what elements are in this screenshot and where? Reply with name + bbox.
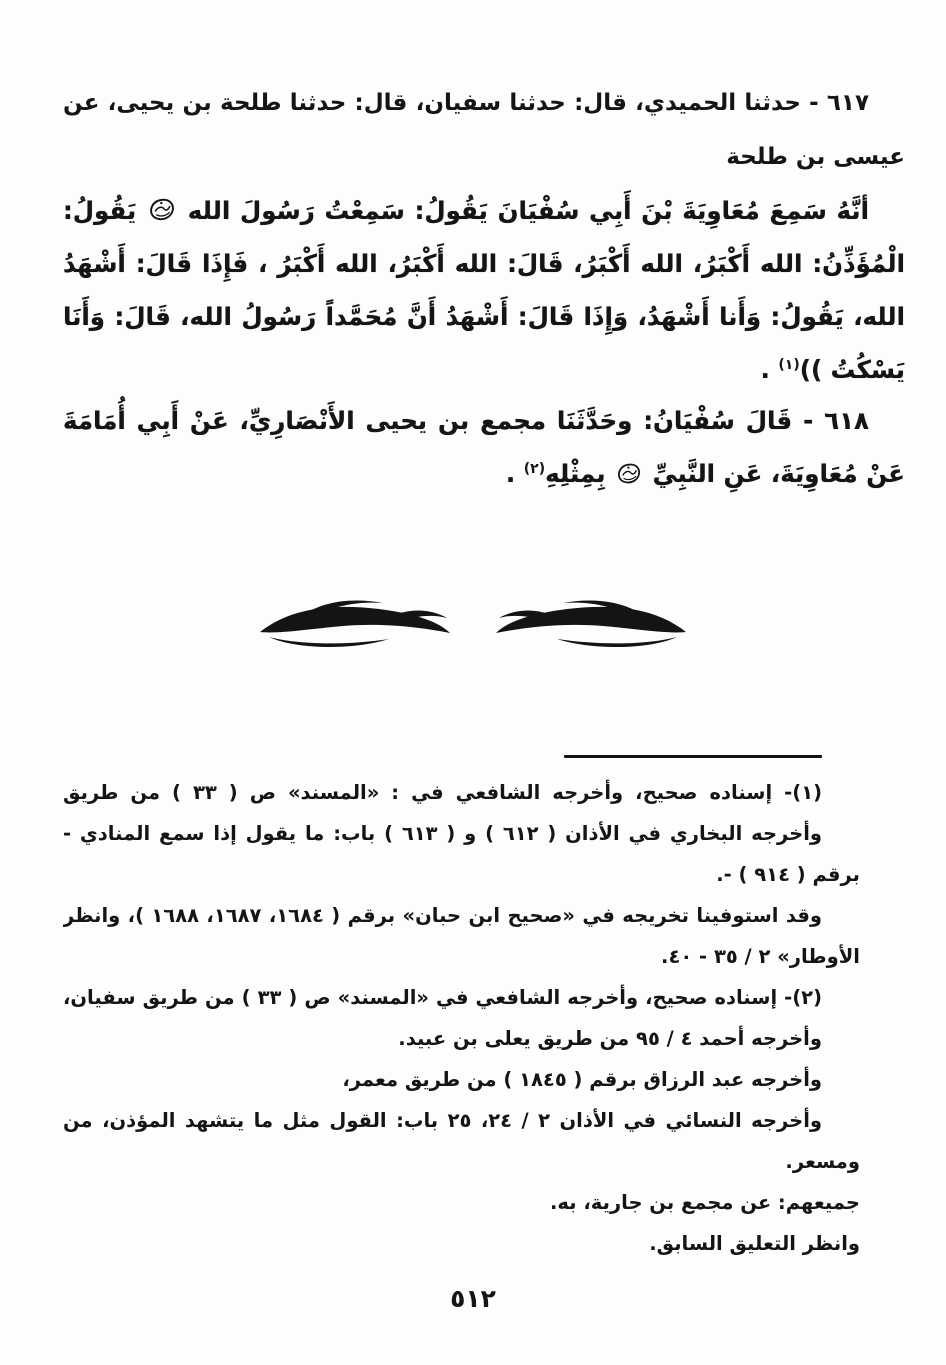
matn-line: يَسْكُتُ ))(١) . — [63, 343, 905, 396]
footnote-line: (٢)- إسناده صحيح، وأخرجه الشافعي في «الم… — [63, 977, 822, 1018]
footnotes-block: (١)- إسناده صحيح، وأخرجه الشافعي في : «ا… — [63, 772, 822, 1264]
footnote-line: وأخرجه عبد الرزاق برقم ( ١٨٤٥ ) من طريق … — [63, 1059, 822, 1100]
footnote-ref-2: (٢) — [524, 461, 545, 477]
footnote-separator-rule — [564, 755, 822, 758]
matn-line: الله، يَقُولُ: وَأَنا أَشْهَدُ، وَإِذَا … — [63, 290, 905, 343]
sallallahu-alayhi-wasallam-seal-icon — [148, 188, 176, 237]
footnote-line: (١)- إسناده صحيح، وأخرجه الشافعي في : «ا… — [63, 772, 822, 813]
footnote-line: وأخرجه أحمد ٤ / ٩٥ من طريق يعلى بن عبيد. — [63, 1018, 822, 1059]
hadith-text: . — [506, 459, 524, 488]
footnote-line: وأخرجه النسائي في الأذان ٢ / ٢٤، ٢٥ باب:… — [63, 1100, 822, 1141]
footnote-line: وأخرجه البخاري في الأذان ( ٦١٢ ) و ( ٦١٣… — [63, 813, 822, 854]
matn-line: أنَّهُ سَمِعَ مُعَاوِيَةَ بْنَ أَبِي سُف… — [63, 184, 905, 237]
footnote-line: وقد استوفينا تخريجه في «صحيح ابن حبان» ب… — [63, 895, 822, 936]
matn-text: أنَّهُ سَمِعَ مُعَاوِيَةَ بْنَ أَبِي سُف… — [178, 196, 869, 225]
hadith-618: ٦١٨ - قَالَ سُفْيَانُ: وحَدَّثَنَا مجمع … — [63, 394, 905, 500]
hadith-617-matn: أنَّهُ سَمِعَ مُعَاوِيَةَ بْنَ أَبِي سُف… — [63, 184, 905, 396]
hadith-618-line: عَنْ مُعَاوِيَةَ، عَنِ النَّبِيِّ بِمِثْ… — [63, 447, 905, 500]
page-number: ٥١٢ — [0, 1284, 946, 1313]
footnote-ref-1: (١) — [778, 357, 799, 373]
footnote-line: برقم ( ٩١٤ ) -. — [63, 854, 860, 895]
hadith-617-isnad: ٦١٧ - حدثنا الحميدي، قال: حدثنا سفيان، ق… — [63, 76, 905, 184]
hadith-text: بِمِثْلِهِ — [545, 459, 614, 488]
footnote-line: وانظر التعليق السابق. — [63, 1223, 860, 1264]
hadith-text: عَنْ مُعَاوِيَةَ، عَنِ النَّبِيِّ — [644, 459, 905, 488]
floral-flourish-divider-icon — [257, 594, 689, 656]
hadith-618-line: ٦١٨ - قَالَ سُفْيَانُ: وحَدَّثَنَا مجمع … — [63, 394, 905, 447]
matn-text: . — [761, 355, 779, 384]
footnote-line: الأوطار» ٢ / ٣٥ - ٤٠. — [63, 936, 860, 977]
isnad-line: ٦١٧ - حدثنا الحميدي، قال: حدثنا سفيان، ق… — [63, 76, 905, 130]
sallallahu-alayhi-wasallam-seal-icon — [616, 451, 642, 500]
matn-line: الْمُؤَذِّنُ: الله أَكْبَرُ، الله أَكْبَ… — [63, 237, 905, 290]
matn-text: يَسْكُتُ )) — [800, 355, 905, 384]
scanned-book-page: ٦١٧ - حدثنا الحميدي، قال: حدثنا سفيان، ق… — [0, 0, 946, 1365]
footnote-line: جميعهم: عن مجمع بن جارية، به. — [63, 1182, 860, 1223]
isnad-line: عيسى بن طلحة — [63, 130, 905, 184]
footnote-line: ومسعر. — [63, 1141, 860, 1182]
